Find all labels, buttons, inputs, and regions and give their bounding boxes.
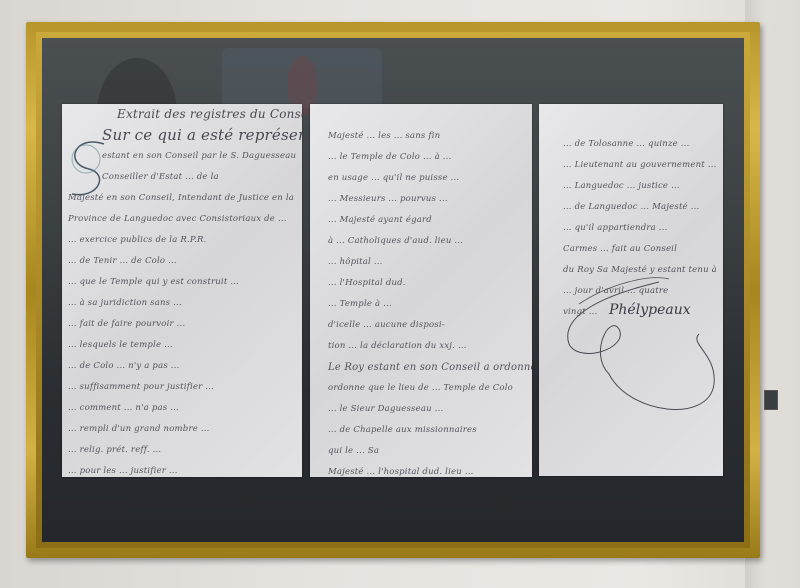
page2-line: ... de Chapelle aux missionnaires bbox=[310, 420, 532, 441]
page2-line: ordonne que le lieu de ... Temple de Col… bbox=[310, 378, 532, 399]
page3-line: ... de Tolosanne ... quinze ... bbox=[539, 134, 723, 155]
page3-line: ... Lieutenant au gouvernement ... bbox=[539, 155, 723, 176]
page1-line: ... comment ... n'a pas ... bbox=[62, 398, 302, 419]
page1-line: ... de Colo ... n'y a pas ... bbox=[62, 356, 302, 377]
page1-line: ... à sa juridiction sans ... bbox=[62, 293, 302, 314]
page2-line: ... Messieurs ... pourvus ... bbox=[310, 189, 532, 210]
page2-line: tion ... la déclaration du xxj. ... bbox=[310, 336, 532, 357]
page1-line: ... lesquels le temple ... bbox=[62, 335, 302, 356]
page2-line: d'icelle ... aucune disposi- bbox=[310, 315, 532, 336]
page1-line: ... exercice publics de la R.P.R. bbox=[62, 230, 302, 251]
page2-line: ... hôpital ... bbox=[310, 252, 532, 273]
page2-line: Majesté ... l'hospital dud. lieu ... bbox=[310, 462, 532, 477]
page3-line: ... qu'il appartiendra ... bbox=[539, 218, 723, 239]
page1-line: ... que le Temple qui y est construit ..… bbox=[62, 272, 302, 293]
page1-line: ... relig. prét. reff. ... bbox=[62, 440, 302, 461]
document-page-1: Extrait des registres du Conseil d'Estat… bbox=[62, 104, 302, 477]
document-page-3: ... de Tolosanne ... quinze ... ... Lieu… bbox=[539, 104, 723, 476]
gold-picture-frame: Extrait des registres du Conseil d'Estat… bbox=[26, 22, 760, 558]
page1-line: Province de Languedoc avec Consistoriaux… bbox=[62, 209, 302, 230]
signature-phelypeaux: Phélypeaux bbox=[609, 302, 691, 318]
document-page-2: Majesté ... les ... sans fin ... le Temp… bbox=[310, 104, 532, 477]
page2-line: ... Majesté ayant égard bbox=[310, 210, 532, 231]
signature-flourish-icon bbox=[549, 274, 723, 434]
page2-line: Majesté ... les ... sans fin bbox=[310, 126, 532, 147]
page1-line: ... suffisamment pour justifier ... bbox=[62, 377, 302, 398]
page1-line: ... fait de faire pourvoir ... bbox=[62, 314, 302, 335]
page2-line: ... Temple à ... bbox=[310, 294, 532, 315]
decorative-initial-s-icon bbox=[64, 134, 114, 204]
page2-line: qui le ... Sa bbox=[310, 441, 532, 462]
page2-line: ... l'Hospital dud. bbox=[310, 273, 532, 294]
page1-line: ... pour les ... justifier ... bbox=[62, 461, 302, 477]
page1-line: ... rempli d'un grand nombre ... bbox=[62, 419, 302, 440]
page1-heading: Extrait des registres du Conseil d'Estat bbox=[62, 104, 302, 125]
page3-line: ... de Languedoc ... Majesté ... bbox=[539, 197, 723, 218]
page2-line: en usage ... qu'il ne puisse ... bbox=[310, 168, 532, 189]
page2-line: Le Roy estant en son Conseil a ordonné e… bbox=[310, 357, 532, 378]
page3-line: Carmes ... fait au Conseil bbox=[539, 239, 723, 260]
page2-line: à ... Catholiques d'aud. lieu ... bbox=[310, 231, 532, 252]
page3-line: ... Languedoc ... justice ... bbox=[539, 176, 723, 197]
page2-line: ... le Temple de Colo ... à ... bbox=[310, 147, 532, 168]
page2-line: ... le Sieur Daguesseau ... bbox=[310, 399, 532, 420]
page1-line: ... de Tenir ... de Colo ... bbox=[62, 251, 302, 272]
wall-hook bbox=[764, 390, 778, 410]
